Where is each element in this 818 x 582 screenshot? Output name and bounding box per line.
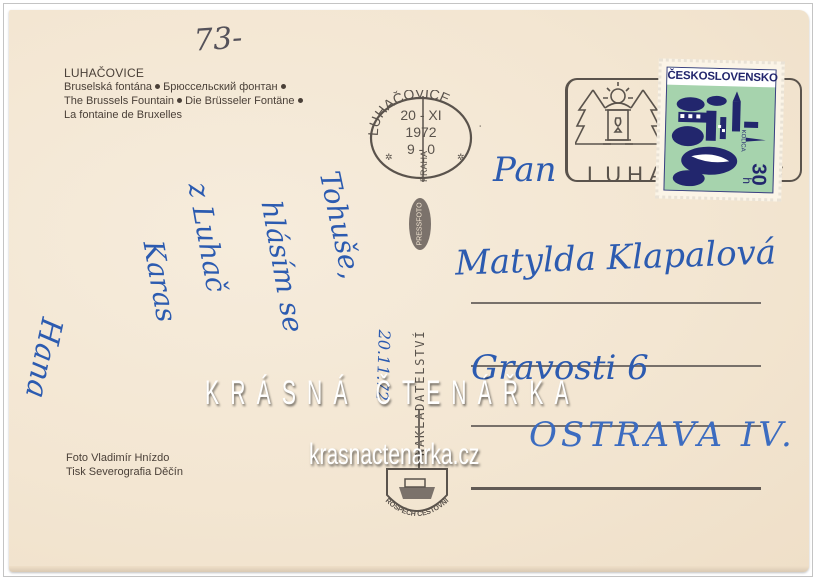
watermark-url: krasnactenarka.cz [309, 438, 479, 472]
message-signature: Hana [18, 315, 69, 402]
stamp-country: ČESKOSLOVENSKO [667, 68, 775, 88]
watermark-title: KRÁSNÁ ČTENÁŘKA [205, 374, 580, 413]
message-line: z Luhač [182, 180, 234, 295]
star-icon: ✲ [457, 152, 465, 162]
caption-german: Die Brüsseler Fontäne [185, 95, 294, 107]
tree-lantern-icon [575, 80, 661, 162]
address-recipient: Matylda Klapalová [454, 232, 776, 283]
postcard-caption: LUHAČOVICE Bruselská fontánaБрюссельский… [64, 66, 306, 122]
publisher-vertical-text: NAKLADATELSTVÍ [407, 258, 433, 458]
bullet-icon [177, 98, 182, 103]
postmark-office: PRAHA [419, 151, 429, 182]
caption-line: Bruselská fontánaБрюссельский фонтан [64, 80, 306, 94]
stamp-unit: h [740, 177, 754, 184]
star-icon: ✲ [385, 152, 393, 162]
postcard-back: 73- LUHAČOVICE Bruselská fontánaБрюссель… [9, 10, 809, 572]
address-salutation: Pan [493, 150, 557, 190]
message-line: hlásím se [255, 198, 311, 335]
print-credit: Tisk Severografia Děčín [66, 465, 183, 479]
stamp-designer: KOLICA [739, 130, 746, 152]
postmark-date: 20 - XI [400, 107, 441, 123]
bullet-icon [298, 98, 303, 103]
postmark-cancel: LUHAČOVICE 20 - XI 1972 9 - 0 ✲ ✲ + PRAH… [365, 90, 481, 182]
pencil-price-note: 73- [193, 20, 244, 58]
caption-russian: Брюссельский фонтан [163, 81, 278, 93]
postmark-year: 1972 [405, 124, 436, 140]
bullet-icon [155, 84, 160, 89]
address-line-1 [471, 302, 761, 304]
caption-line: La fontaine de Bruxelles [64, 108, 306, 122]
photo-credits: Foto Vladimír Hnízdo Tisk Severografia D… [66, 451, 183, 479]
message-line: Karas [137, 238, 184, 325]
address-city: OSTRAVA IV. [529, 415, 796, 455]
address-line-4 [471, 487, 761, 490]
caption-french: La fontaine de Bruxelles [64, 109, 182, 121]
pressfoto-logo: PRESSFOTO [409, 198, 431, 250]
postage-stamp: ČESKOSLOVENSKO [655, 58, 785, 201]
bullet-icon [281, 84, 286, 89]
cross-mark-icon: + [479, 119, 481, 133]
caption-title: LUHAČOVICE [64, 66, 306, 80]
message-line: Tohuše, [313, 168, 368, 282]
travel-agency-cachet: ROSPĚCH CESTOVNÍHO RU [381, 465, 453, 523]
caption-line: The Brussels FountainDie Brüsseler Fontä… [64, 94, 306, 108]
caption-czech: Bruselská fontána [64, 81, 152, 93]
photo-credit: Foto Vladimír Hnízdo [66, 451, 183, 465]
caption-english: The Brussels Fountain [64, 95, 174, 107]
